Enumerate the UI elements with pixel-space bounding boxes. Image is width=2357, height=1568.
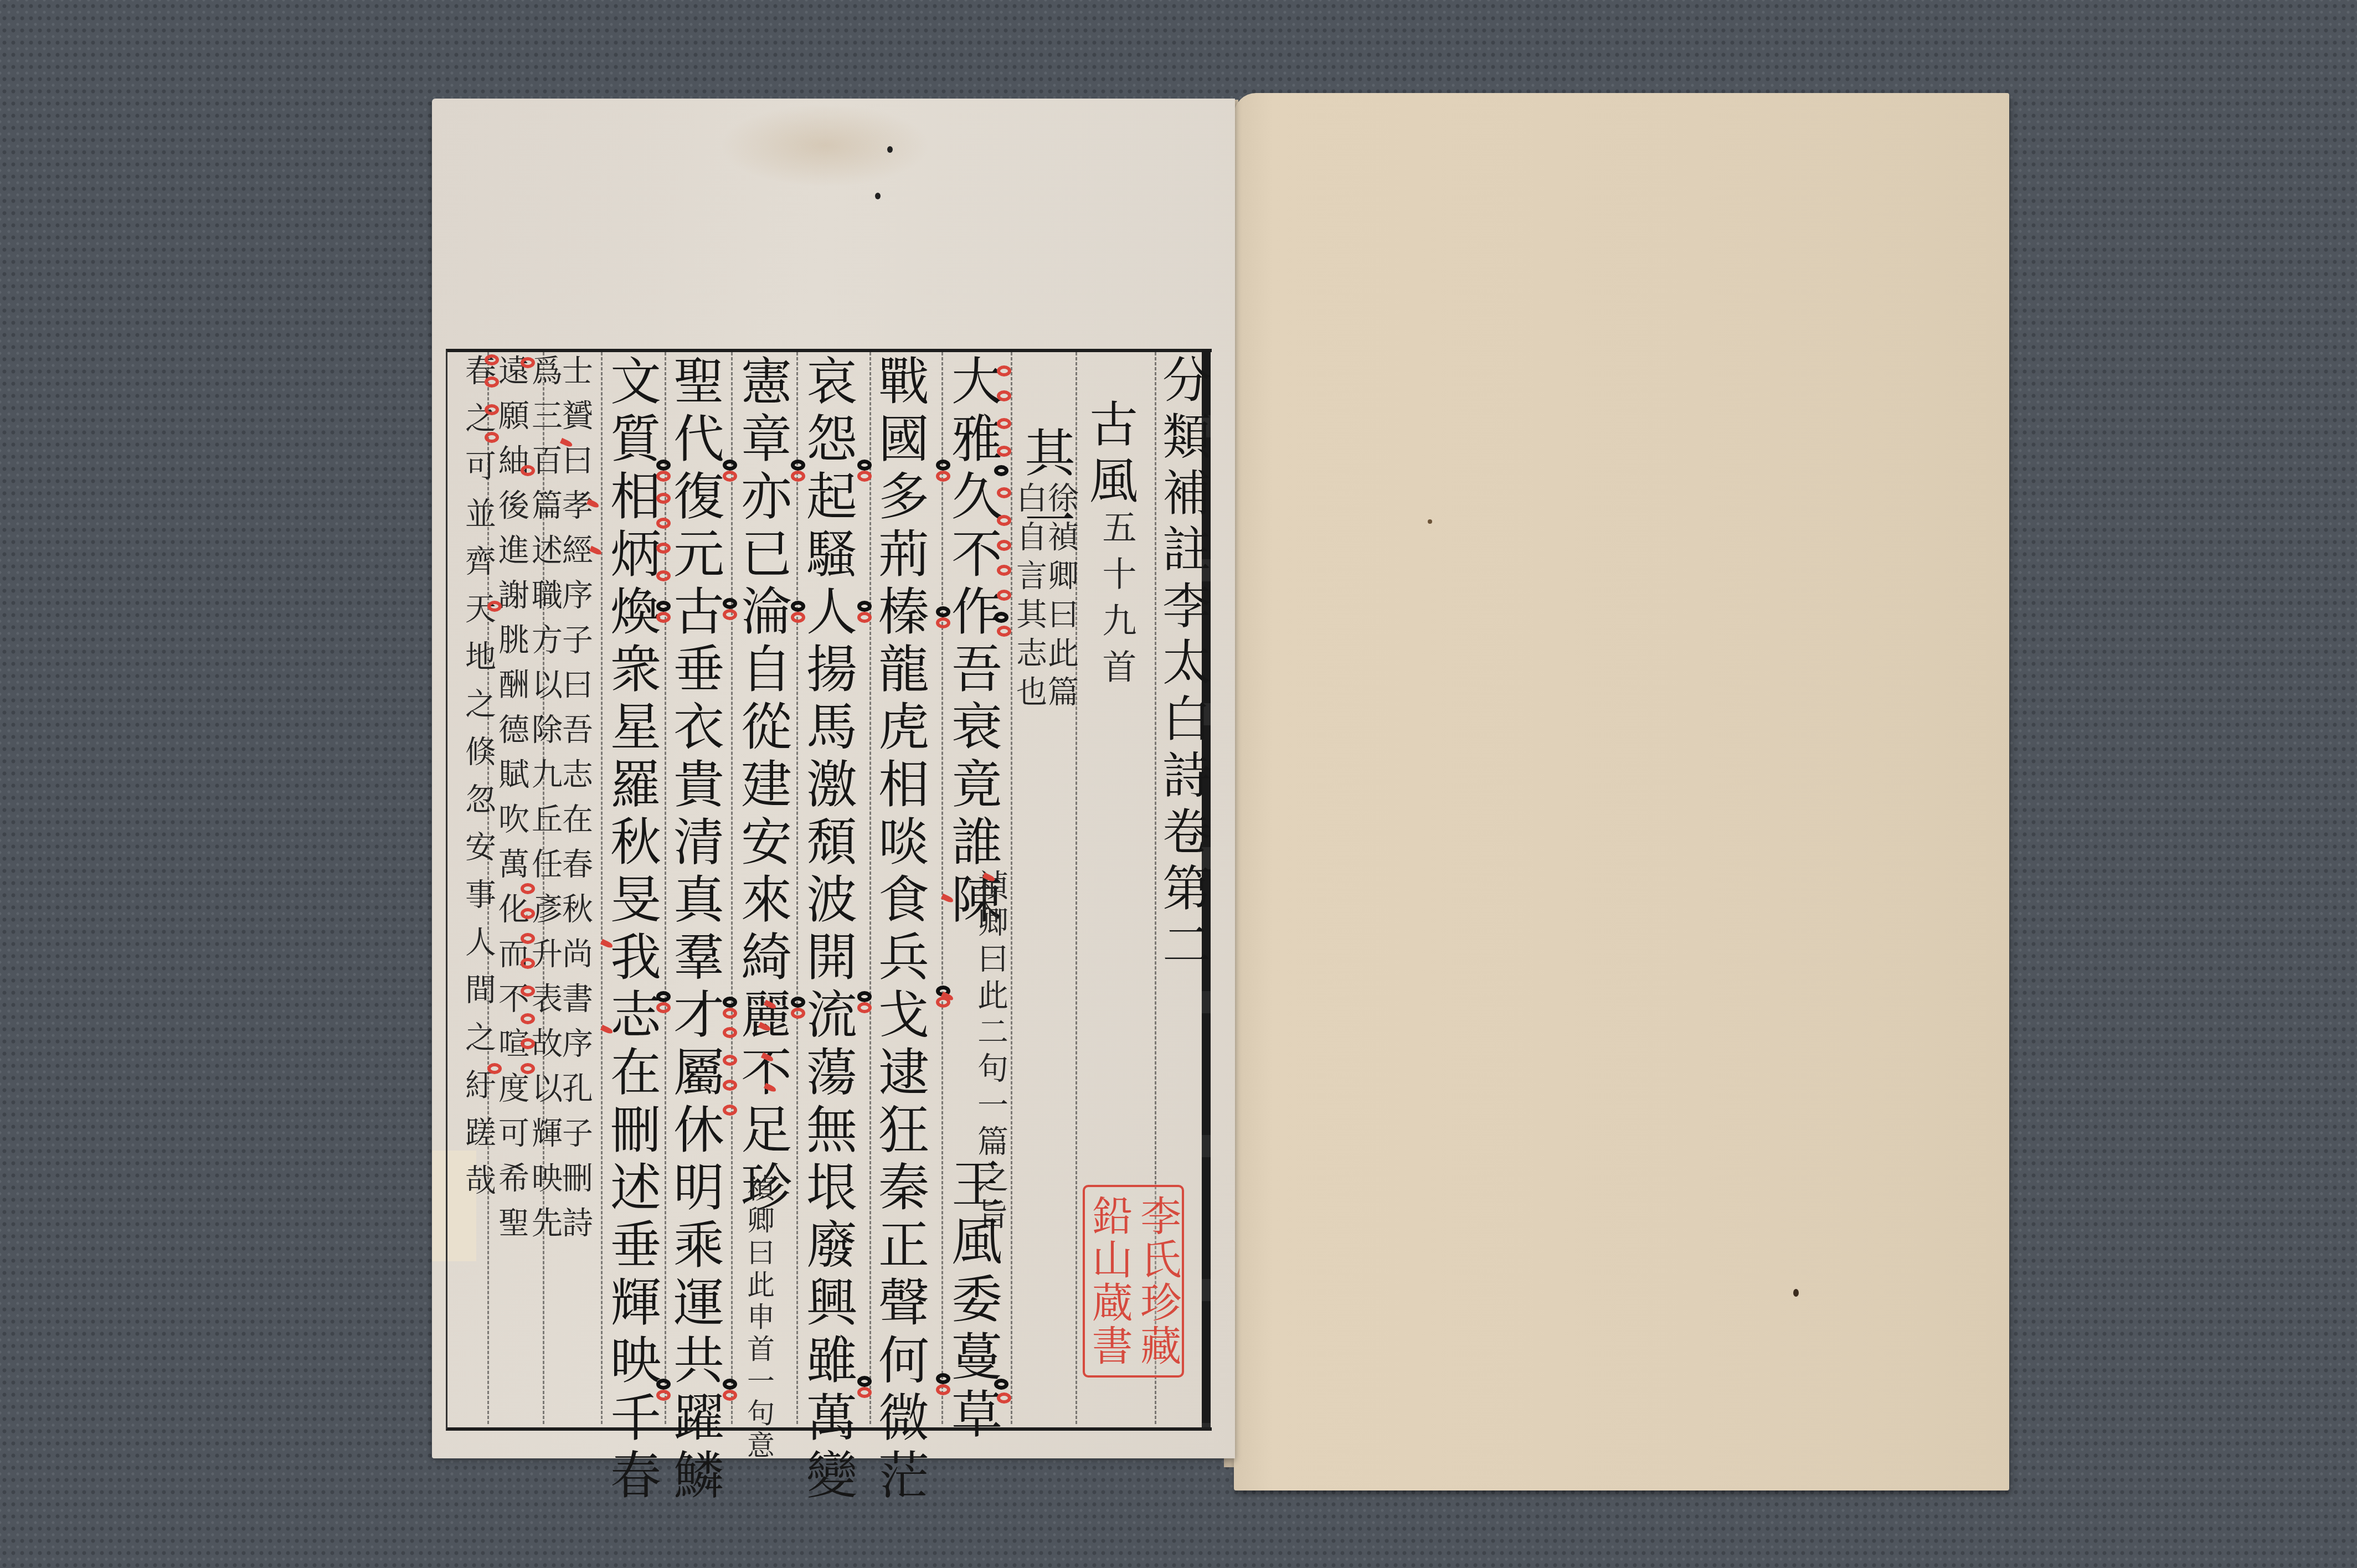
black-punctuation-circle — [656, 601, 671, 612]
black-punctuation-circle — [857, 460, 872, 471]
red-punctuation-circle — [723, 1055, 737, 1066]
red-punctuation-circle — [997, 365, 1011, 376]
wormhole-mark — [887, 146, 893, 153]
red-punctuation-circle — [997, 418, 1011, 429]
black-punctuation-circle — [936, 606, 950, 617]
red-punctuation-circle — [723, 1105, 737, 1116]
black-punctuation-circle — [791, 997, 805, 1008]
black-punctuation-circle — [936, 1373, 950, 1384]
commentary-line: 禎卿曰此申首一句意 — [745, 1174, 773, 1463]
red-punctuation-circle — [723, 1390, 737, 1401]
black-punctuation-circle — [791, 460, 805, 471]
black-punctuation-circle — [656, 460, 671, 471]
red-punctuation-circle — [521, 933, 535, 944]
poem-line: 憲章亦已淪自從建安來綺麗不足珍 — [737, 354, 788, 1218]
red-punctuation-circle — [791, 1008, 805, 1019]
red-punctuation-circle — [791, 471, 805, 482]
commentary-line: 白自言其志也 — [1013, 482, 1044, 714]
red-punctuation-circle — [521, 986, 535, 997]
water-stain — [720, 104, 930, 187]
black-punctuation-circle — [791, 601, 805, 612]
black-punctuation-circle — [994, 465, 1008, 476]
red-punctuation-circle — [997, 590, 1011, 601]
section-count: 五十九首 — [1099, 509, 1134, 695]
red-punctuation-circle — [997, 1392, 1011, 1404]
wormhole-mark — [875, 193, 881, 199]
red-punctuation-circle — [791, 612, 805, 623]
red-punctuation-circle — [521, 1038, 535, 1049]
red-punctuation-circle — [997, 446, 1011, 457]
red-punctuation-circle — [521, 1063, 535, 1074]
red-punctuation-circle — [723, 471, 737, 482]
red-punctuation-circle — [997, 390, 1011, 401]
red-punctuation-circle — [656, 493, 671, 504]
volume-title: 分類補註李太白詩卷第二 — [1159, 354, 1207, 976]
right-blank-page — [1234, 93, 2009, 1490]
poem-line: 王風委蔓草 — [947, 1157, 998, 1445]
red-punctuation-circle — [521, 958, 535, 969]
red-punctuation-circle — [857, 1002, 872, 1013]
commentary-line: 春之可並齊天地之倏忽安事人間之紆蹉哉 — [462, 354, 493, 1211]
red-punctuation-circle — [485, 404, 499, 415]
red-punctuation-circle — [521, 908, 535, 919]
black-punctuation-circle — [656, 991, 671, 1002]
red-punctuation-circle — [656, 1390, 671, 1401]
red-punctuation-circle — [656, 471, 671, 482]
poem-line: 哀怨起騷人揚馬激頹波開流蕩無垠廢興雖萬變 — [802, 354, 853, 1506]
red-punctuation-circle — [485, 376, 499, 388]
red-punctuation-circle — [487, 1063, 502, 1074]
red-punctuation-circle — [997, 540, 1011, 551]
red-punctuation-circle — [723, 1027, 737, 1038]
black-punctuation-circle — [723, 460, 737, 471]
red-punctuation-circle — [997, 565, 1011, 576]
red-punctuation-circle — [656, 543, 671, 554]
seal-text-right: 李氏珍藏 — [1137, 1195, 1178, 1368]
red-punctuation-circle — [857, 471, 872, 482]
red-punctuation-circle — [857, 1387, 872, 1398]
section-heading: 古風 — [1085, 399, 1134, 512]
red-punctuation-circle — [521, 1013, 535, 1024]
red-punctuation-circle — [487, 601, 502, 612]
commentary-line: 遠願紬後進謝朓酬德賦吹萬化而不喧度可希聖 — [496, 354, 527, 1251]
commentary-line: 士贇曰孝經序子曰吾志在春秋尚書序孔子刪詩 — [559, 354, 590, 1251]
black-punctuation-circle — [723, 1379, 737, 1390]
black-punctuation-circle — [994, 1379, 1008, 1390]
paper-speck — [1428, 519, 1432, 524]
black-punctuation-circle — [857, 1376, 872, 1387]
red-punctuation-circle — [485, 354, 499, 365]
red-punctuation-circle — [723, 609, 737, 620]
open-book: 分類補註李太白詩卷第二 古風 五十九首 其一 徐禎卿曰此篇 白自言其志也 大雅久… — [0, 0, 2357, 1568]
seal-text-left: 鉛山蔵書 — [1089, 1195, 1130, 1368]
red-punctuation-circle — [723, 1008, 737, 1019]
red-punctuation-circle — [485, 432, 499, 443]
black-punctuation-circle — [656, 1379, 671, 1390]
red-punctuation-circle — [656, 612, 671, 623]
red-punctuation-circle — [521, 465, 535, 476]
black-punctuation-circle — [723, 598, 737, 609]
red-punctuation-circle — [521, 357, 535, 368]
black-punctuation-circle — [723, 997, 737, 1008]
black-punctuation-circle — [994, 612, 1008, 623]
red-punctuation-circle — [997, 515, 1011, 526]
red-punctuation-circle — [521, 883, 535, 894]
red-punctuation-circle — [936, 1384, 950, 1395]
red-punctuation-circle — [857, 612, 872, 623]
poem-line: 文質相炳煥衆星羅秋旻我志在刪述垂輝映千春 — [606, 354, 657, 1506]
poem-line: 聖代復元古垂衣貴清真羣才屬休明乘運共躍鱗 — [669, 354, 720, 1506]
paper-speck — [1793, 1289, 1799, 1297]
red-punctuation-circle — [936, 471, 950, 482]
red-punctuation-circle — [723, 1080, 737, 1091]
red-punctuation-circle — [936, 617, 950, 628]
red-punctuation-circle — [656, 518, 671, 529]
red-punctuation-circle — [997, 626, 1011, 637]
black-punctuation-circle — [936, 460, 950, 471]
black-punctuation-circle — [857, 991, 872, 1002]
red-collector-seal: 李氏珍藏 鉛山蔵書 — [1083, 1185, 1184, 1378]
poem-line: 大雅久不作吾衰竟誰陳 — [947, 354, 998, 930]
commentary-line: 爲三百篇述職方以除九丘任彥升表故以輝映先 — [529, 354, 560, 1251]
red-punctuation-circle — [656, 1002, 671, 1013]
red-punctuation-circle — [656, 570, 671, 581]
poem-line: 戰國多荊榛龍虎相啖食兵戈逮狂秦正聲何微茫 — [874, 354, 925, 1506]
commentary-line: 徐禎卿曰此篇 — [1045, 482, 1076, 714]
red-punctuation-circle — [997, 487, 1011, 498]
black-punctuation-circle — [857, 601, 872, 612]
